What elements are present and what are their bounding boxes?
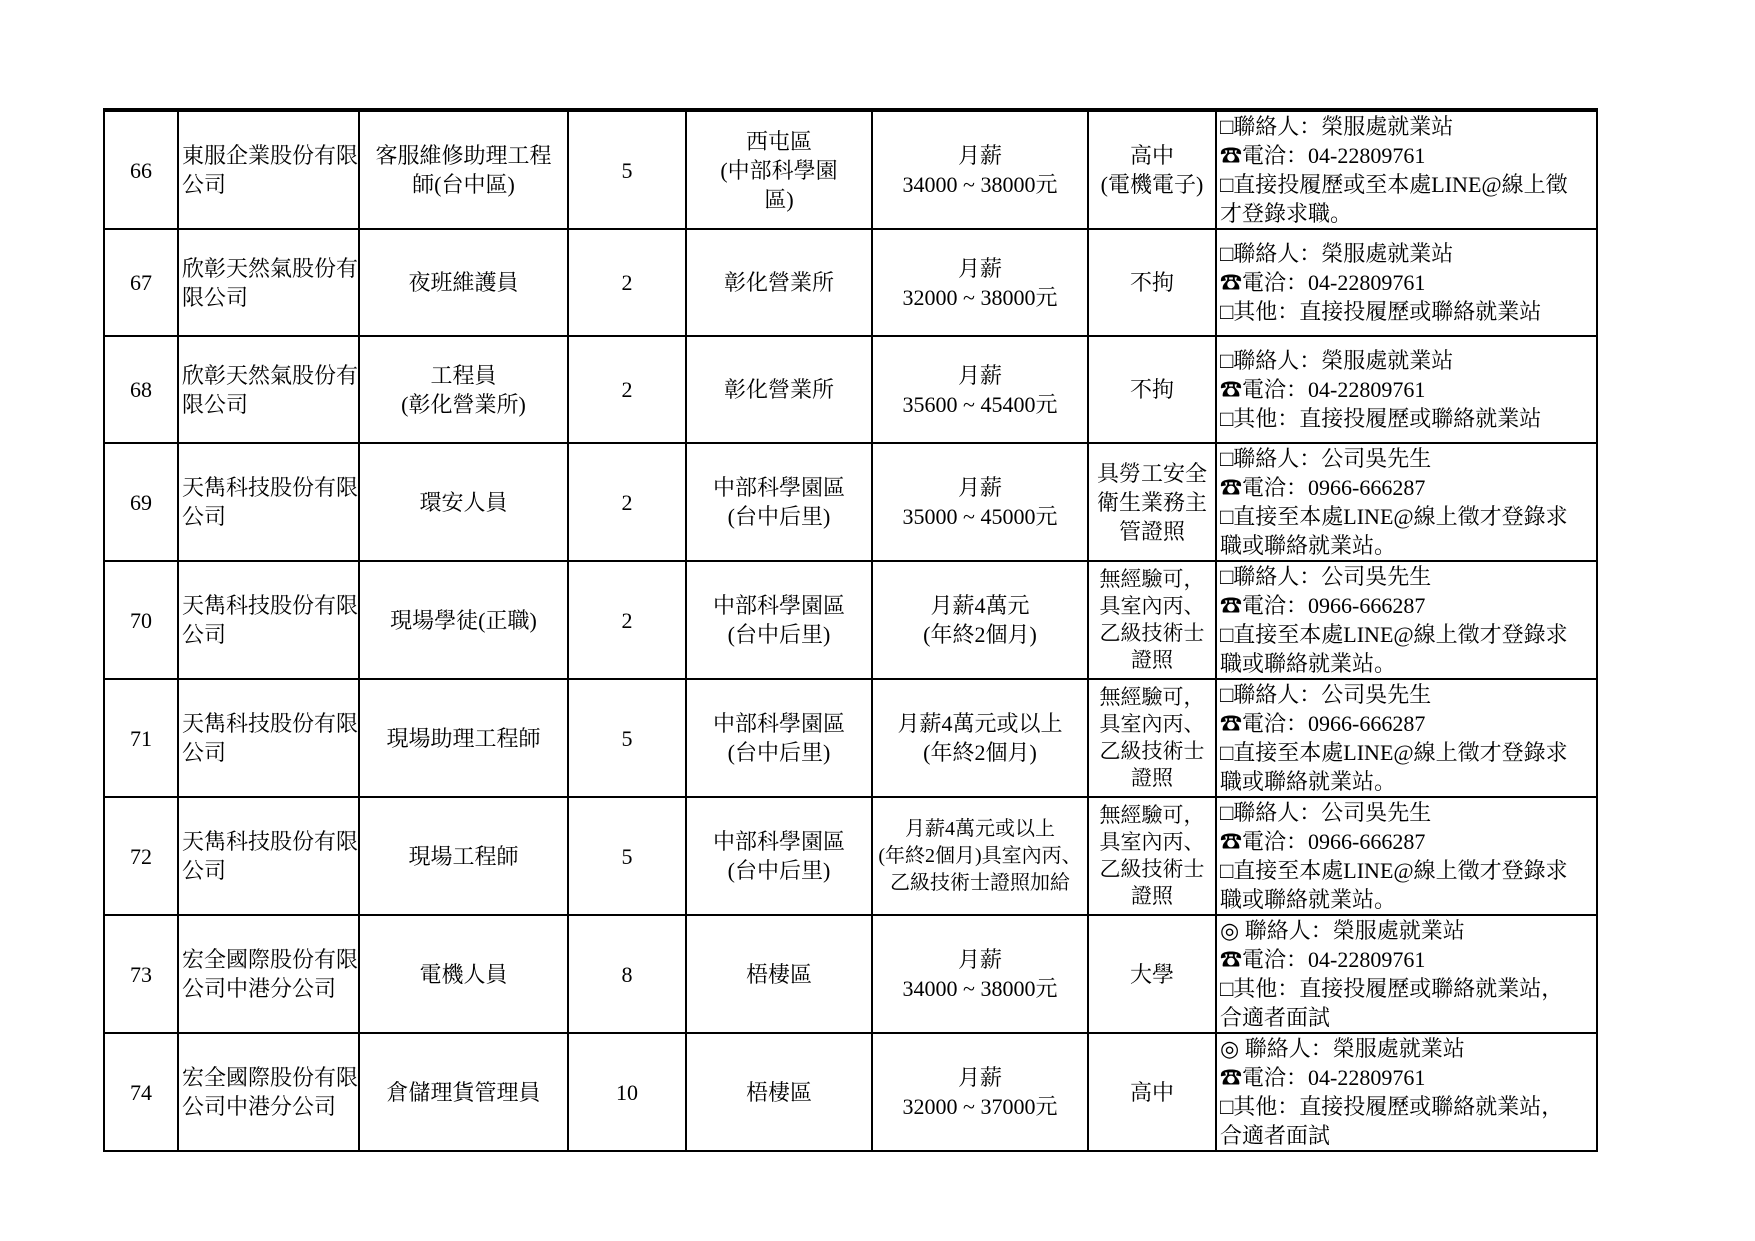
education-cell: 無經驗可， 具室內丙、 乙級技術士 證照 [1088,679,1216,797]
row-number-cell: 73 [104,915,178,1033]
openings-cell: 8 [568,915,686,1033]
openings-cell: 5 [568,797,686,915]
company-cell: 宏全國際股份有限 公司中港分公司 [178,915,359,1033]
location-cell: 西屯區 (中部科學園 區) [686,110,872,229]
contact-cell: ◎ 聯絡人：榮服處就業站 ☎電洽：04-22809761 □其他：直接投履歷或聯… [1216,1033,1597,1151]
education-cell: 高中 [1088,1033,1216,1151]
salary-cell: 月薪 32000 ~ 37000元 [872,1033,1088,1151]
openings-cell: 2 [568,443,686,561]
document-page: 66 東服企業股份有限 公司 客服維修助理工程 師(台中區) 5 西屯區 (中部… [0,0,1755,1241]
job-title-cell: 倉儲理貨管理員 [359,1033,568,1151]
job-title-cell: 現場助理工程師 [359,679,568,797]
job-title-cell: 夜班維護員 [359,229,568,336]
job-row: 74 宏全國際股份有限 公司中港分公司 倉儲理貨管理員 10 梧棲區 月薪 32… [104,1033,1597,1151]
salary-cell: 月薪 35000 ~ 45000元 [872,443,1088,561]
company-cell: 欣彰天然氣股份有 限公司 [178,336,359,443]
salary-cell: 月薪4萬元 (年終2個月) [872,561,1088,679]
location-cell: 中部科學園區 (台中后里) [686,797,872,915]
salary-cell: 月薪 34000 ~ 38000元 [872,915,1088,1033]
openings-cell: 2 [568,561,686,679]
salary-cell: 月薪 34000 ~ 38000元 [872,110,1088,229]
education-cell: 具勞工安全 衛生業務主 管證照 [1088,443,1216,561]
location-cell: 梧棲區 [686,915,872,1033]
company-cell: 欣彰天然氣股份有 限公司 [178,229,359,336]
job-row: 68 欣彰天然氣股份有 限公司 工程員 (彰化營業所) 2 彰化營業所 月薪 3… [104,336,1597,443]
job-listings-table: 66 東服企業股份有限 公司 客服維修助理工程 師(台中區) 5 西屯區 (中部… [103,108,1598,1152]
education-cell: 不拘 [1088,336,1216,443]
job-title-cell: 現場學徒(正職) [359,561,568,679]
company-cell: 天雋科技股份有限 公司 [178,443,359,561]
contact-cell: ◎ 聯絡人：榮服處就業站 ☎電洽：04-22809761 □其他：直接投履歷或聯… [1216,915,1597,1033]
location-cell: 中部科學園區 (台中后里) [686,561,872,679]
row-number-cell: 71 [104,679,178,797]
education-cell: 無經驗可， 具室內丙、 乙級技術士 證照 [1088,561,1216,679]
salary-cell: 月薪4萬元或以上 (年終2個月) [872,679,1088,797]
job-title-cell: 客服維修助理工程 師(台中區) [359,110,568,229]
row-number-cell: 72 [104,797,178,915]
row-number-cell: 66 [104,110,178,229]
location-cell: 彰化營業所 [686,229,872,336]
job-row: 71 天雋科技股份有限 公司 現場助理工程師 5 中部科學園區 (台中后里) 月… [104,679,1597,797]
company-cell: 天雋科技股份有限 公司 [178,679,359,797]
openings-cell: 5 [568,679,686,797]
contact-cell: □聯絡人：公司吳先生 ☎電洽：0966-666287 □直接至本處LINE@線上… [1216,679,1597,797]
salary-cell: 月薪 35600 ~ 45400元 [872,336,1088,443]
row-number-cell: 74 [104,1033,178,1151]
contact-cell: □聯絡人：公司吳先生 ☎電洽：0966-666287 □直接至本處LINE@線上… [1216,561,1597,679]
education-cell: 大學 [1088,915,1216,1033]
job-title-cell: 現場工程師 [359,797,568,915]
location-cell: 梧棲區 [686,1033,872,1151]
location-cell: 彰化營業所 [686,336,872,443]
contact-cell: □聯絡人：榮服處就業站 ☎電洽：04-22809761 □其他：直接投履歷或聯絡… [1216,229,1597,336]
education-cell: 無經驗可， 具室內丙、 乙級技術士 證照 [1088,797,1216,915]
contact-cell: □聯絡人：榮服處就業站 ☎電洽：04-22809761 □其他：直接投履歷或聯絡… [1216,336,1597,443]
job-row: 69 天雋科技股份有限 公司 環安人員 2 中部科學園區 (台中后里) 月薪 3… [104,443,1597,561]
job-row: 66 東服企業股份有限 公司 客服維修助理工程 師(台中區) 5 西屯區 (中部… [104,110,1597,229]
job-title-cell: 工程員 (彰化營業所) [359,336,568,443]
job-row: 67 欣彰天然氣股份有 限公司 夜班維護員 2 彰化營業所 月薪 32000 ~… [104,229,1597,336]
job-row: 72 天雋科技股份有限 公司 現場工程師 5 中部科學園區 (台中后里) 月薪4… [104,797,1597,915]
openings-cell: 2 [568,229,686,336]
location-cell: 中部科學園區 (台中后里) [686,443,872,561]
job-row: 73 宏全國際股份有限 公司中港分公司 電機人員 8 梧棲區 月薪 34000 … [104,915,1597,1033]
row-number-cell: 70 [104,561,178,679]
row-number-cell: 67 [104,229,178,336]
company-cell: 東服企業股份有限 公司 [178,110,359,229]
company-cell: 宏全國際股份有限 公司中港分公司 [178,1033,359,1151]
row-number-cell: 68 [104,336,178,443]
location-cell: 中部科學園區 (台中后里) [686,679,872,797]
contact-cell: □聯絡人：公司吳先生 ☎電洽：0966-666287 □直接至本處LINE@線上… [1216,443,1597,561]
openings-cell: 2 [568,336,686,443]
education-cell: 高中 (電機電子) [1088,110,1216,229]
openings-cell: 10 [568,1033,686,1151]
education-cell: 不拘 [1088,229,1216,336]
salary-cell: 月薪 32000 ~ 38000元 [872,229,1088,336]
company-cell: 天雋科技股份有限 公司 [178,797,359,915]
job-title-cell: 電機人員 [359,915,568,1033]
job-row: 70 天雋科技股份有限 公司 現場學徒(正職) 2 中部科學園區 (台中后里) … [104,561,1597,679]
contact-cell: □聯絡人：榮服處就業站 ☎電洽：04-22809761 □直接投履歷或至本處LI… [1216,110,1597,229]
contact-cell: □聯絡人：公司吳先生 ☎電洽：0966-666287 □直接至本處LINE@線上… [1216,797,1597,915]
job-title-cell: 環安人員 [359,443,568,561]
company-cell: 天雋科技股份有限 公司 [178,561,359,679]
row-number-cell: 69 [104,443,178,561]
salary-cell: 月薪4萬元或以上 (年終2個月)具室內丙、 乙級技術士證照加給 [872,797,1088,915]
openings-cell: 5 [568,110,686,229]
